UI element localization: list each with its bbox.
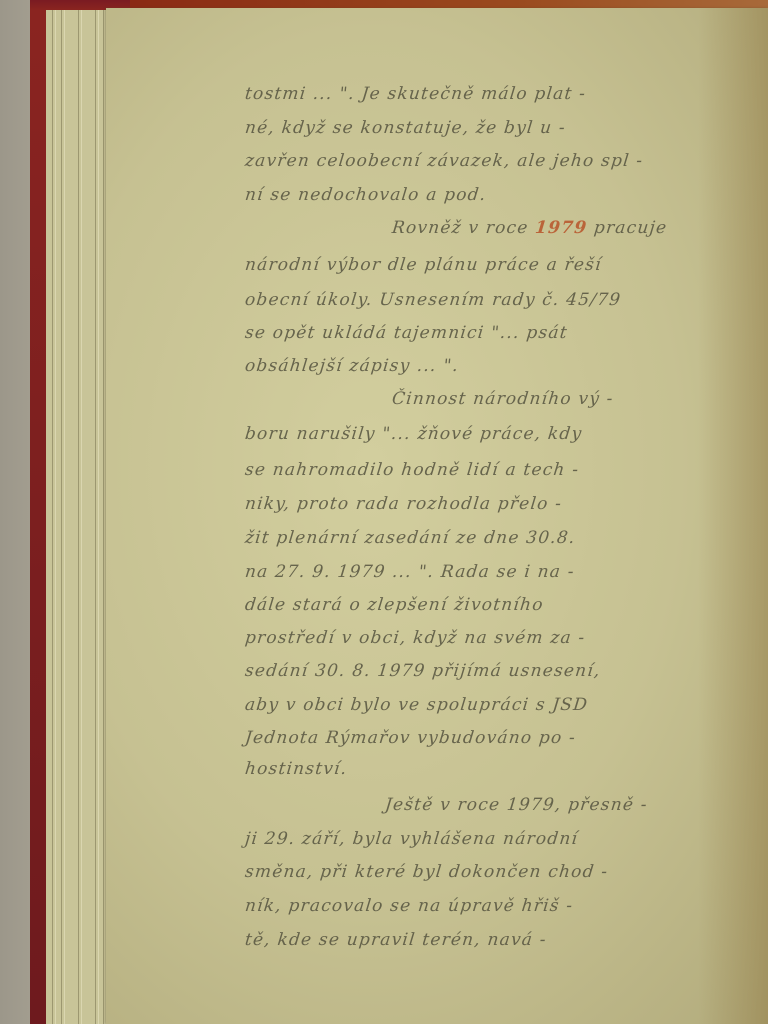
text-line: aby v obci bylo ve spolupráci s JSD — [244, 695, 589, 715]
text-line: se nahromadilo hodně lidí a tech - — [244, 460, 580, 480]
page-edge — [55, 10, 56, 1024]
page-edge — [95, 10, 96, 1024]
text-line: na 27. 9. 1979 ... ". Rada se i na - — [244, 562, 576, 582]
text-fragment: pracuje — [586, 218, 668, 238]
text-line: prostředí v obci, když na svém za - — [244, 628, 586, 648]
text-line: sedání 30. 8. 1979 přijímá usnesení, — [244, 661, 602, 681]
text-line: hostinství. — [244, 759, 348, 779]
highlighted-year: 1979 — [534, 218, 588, 238]
text-line: tostmi ... ". Je skutečně málo plat - — [244, 84, 587, 104]
text-line: obsáhlejší zápisy ... ". — [244, 356, 460, 376]
text-line: národní výbor dle plánu práce a řeší — [244, 255, 603, 275]
text-line: se opět ukládá tajemnici "... psát — [244, 323, 569, 343]
text-line: ní se nedochovalo a pod. — [244, 185, 487, 205]
text-line: boru narušily "... žňové práce, kdy — [244, 424, 583, 444]
page-edge — [103, 10, 104, 1024]
text-fragment: Rovněž v roce — [391, 218, 536, 238]
page-edge — [52, 10, 53, 1024]
text-line: tě, kde se upravil terén, navá - — [244, 930, 548, 950]
page-edge — [78, 10, 79, 1024]
text-line: obecní úkoly. Usnesením rady č. 45/79 — [244, 290, 622, 310]
text-line: ník, pracovalo se na úpravě hřiš - — [244, 896, 574, 916]
text-line: Ještě v roce 1979, přesně - — [384, 795, 649, 815]
page-shadow — [698, 8, 768, 1024]
text-line: žit plenární zasedání ze dne 30.8. — [244, 528, 577, 548]
page-edge — [64, 10, 65, 1024]
text-line: Činnost národního vý - — [391, 389, 615, 409]
page-edge — [61, 10, 62, 1024]
text-line: ji 29. září, byla vyhlášena národní — [244, 829, 579, 849]
page-edge — [98, 10, 99, 1024]
text-line: dále stará o zlepšení životního — [244, 595, 545, 615]
text-line: směna, při které byl dokončen chod - — [244, 862, 609, 882]
text-line: né, když se konstatuje, že byl u - — [244, 118, 567, 138]
text-line: Rovněž v roce 1979 pracuje — [391, 218, 668, 238]
text-line: zavřen celoobecní závazek, ale jeho spl … — [244, 151, 644, 171]
text-line: Jednota Rýmařov vybudováno po - — [244, 728, 577, 748]
page-edge — [81, 10, 82, 1024]
text-line: niky, proto rada rozhodla přelo - — [244, 494, 563, 514]
